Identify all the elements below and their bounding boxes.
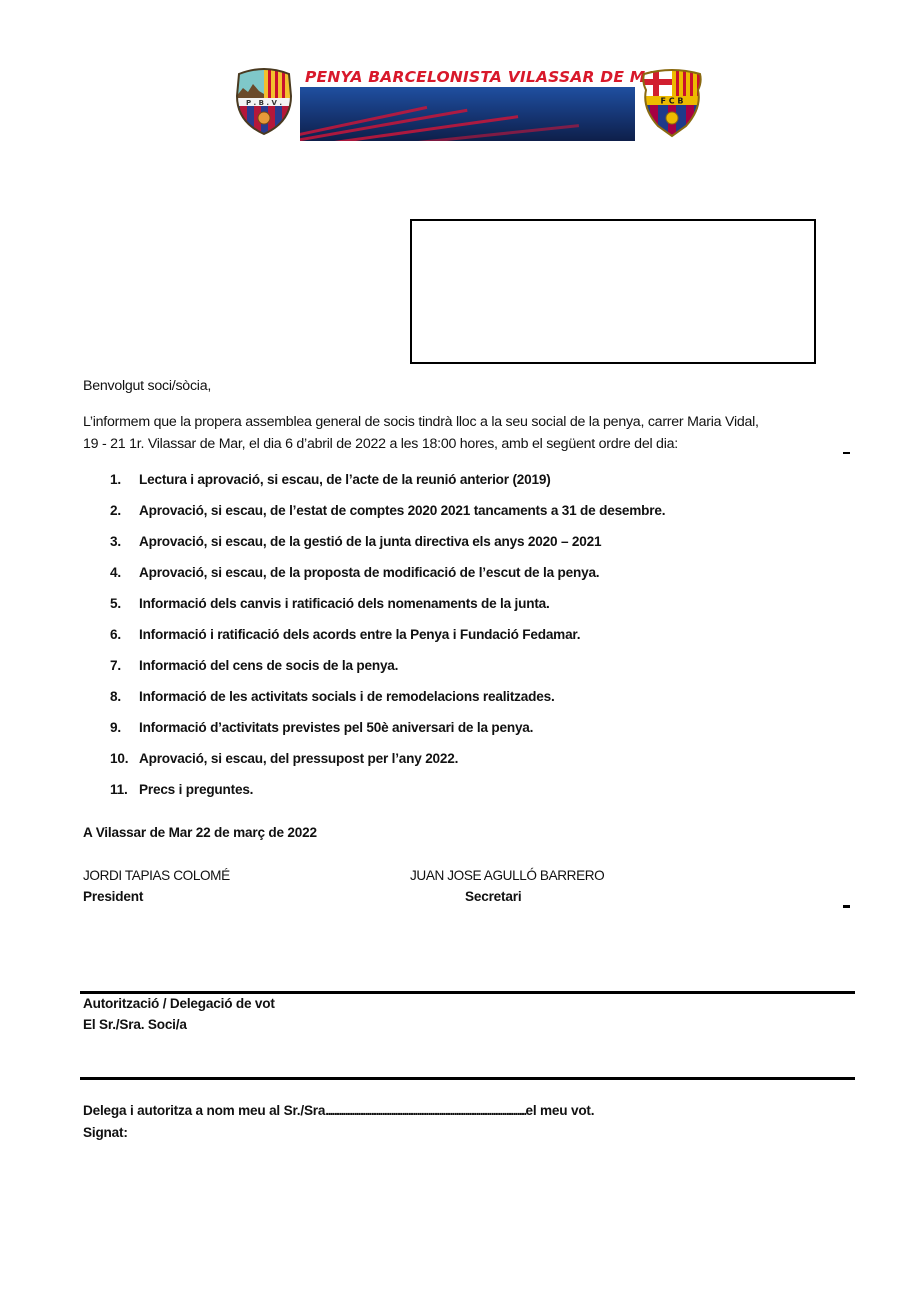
greeting: Benvolgut soci/sòcia, [83,378,211,394]
agenda-item-text: Informació d’activitats previstes pel 50… [139,720,533,735]
agenda-item-text: Aprovació, si escau, del pressupost per … [139,751,458,766]
agenda-item-number: 3. [110,534,139,549]
svg-text:P . B . V .: P . B . V . [246,99,282,107]
intro-line-1: L’informem que la propera assemblea gene… [83,414,759,430]
agenda-item-text: Aprovació, si escau, de la proposta de m… [139,565,599,580]
agenda-item: 11.Precs i preguntes. [110,782,253,797]
agenda-item: 3.Aprovació, si escau, de la gestió de l… [110,534,601,549]
agenda-item-text: Precs i preguntes. [139,782,253,797]
club-name-title: PENYA BARCELONISTA VILASSAR DE MAR [305,68,635,86]
recipient-address-box [410,219,816,364]
separator-line [80,1077,855,1080]
pbvm-crest-icon: P . B . V . [233,66,295,136]
agenda-item-number: 5. [110,596,139,611]
secretary-role: Secretari [465,889,521,904]
president-name: JORDI TAPIAS COLOMÉ [83,868,230,883]
agenda-item-number: 2. [110,503,139,518]
agenda-item-number: 6. [110,627,139,642]
member-label: El Sr./Sra. Soci/a [83,1017,187,1032]
signed-label: Signat: [83,1125,128,1140]
agenda-item-number: 9. [110,720,139,735]
agenda-item: 9.Informació d’activitats previstes pel … [110,720,533,735]
fcb-crest-icon: F C B [640,68,704,138]
agenda-item-text: Aprovació, si escau, de la gestió de la … [139,534,601,549]
svg-text:F C B: F C B [660,97,683,106]
trailing-mark [843,452,850,454]
delegation-title: Autorització / Delegació de vot [83,996,275,1011]
agenda-item: 6.Informació i ratificació dels acords e… [110,627,580,642]
agenda-item-number: 10. [110,751,139,766]
agenda-item: 8.Informació de les activitats socials i… [110,689,555,704]
agenda-item: 7.Informació del cens de socis de la pen… [110,658,398,673]
agenda-item-number: 8. [110,689,139,704]
secretary-name: JUAN JOSE AGULLÓ BARRERO [410,868,604,883]
place-date: A Vilassar de Mar 22 de març de 2022 [83,825,317,840]
delegate-line: Delega i autoritza a nom meu al Sr./Sra.… [83,1103,594,1118]
agenda-item-text: Informació dels canvis i ratificació del… [139,596,550,611]
agenda-item-number: 11. [110,782,139,797]
agenda-item: 10.Aprovació, si escau, del pressupost p… [110,751,458,766]
delegate-line-end: el meu vot. [526,1103,595,1118]
agenda-item: 4.Aprovació, si escau, de la proposta de… [110,565,599,580]
agenda-item-text: Informació del cens de socis de la penya… [139,658,398,673]
agenda-item: 5.Informació dels canvis i ratificació d… [110,596,550,611]
header-banner [300,87,635,141]
agenda-item-text: Informació de les activitats socials i d… [139,689,555,704]
president-role: President [83,889,143,904]
trailing-mark [843,905,850,908]
agenda-item-text: Aprovació, si escau, de l’estat de compt… [139,503,665,518]
agenda-item-number: 1. [110,472,139,487]
separator-line [80,991,855,994]
delegate-name-field[interactable]: ........................................… [325,1103,525,1118]
agenda-item-text: Lectura i aprovació, si escau, de l’acte… [139,472,551,487]
delegate-line-start: Delega i autoritza a nom meu al Sr./Sra [83,1103,325,1118]
agenda-item-number: 7. [110,658,139,673]
intro-line-2: 19 - 21 1r. Vilassar de Mar, el dia 6 d’… [83,436,678,452]
agenda-item: 2.Aprovació, si escau, de l’estat de com… [110,503,665,518]
agenda-item: 1.Lectura i aprovació, si escau, de l’ac… [110,472,551,487]
agenda-item-number: 4. [110,565,139,580]
agenda-item-text: Informació i ratificació dels acords ent… [139,627,580,642]
